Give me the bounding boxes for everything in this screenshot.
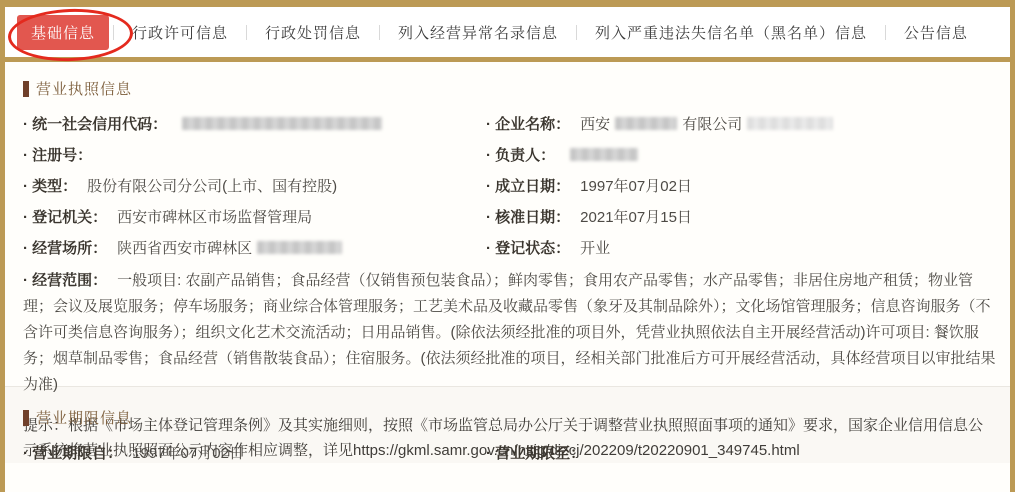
tab-separator [576, 25, 577, 40]
field-value: 1997年07月02日 [132, 442, 244, 463]
field-establishment-date: · 成立日期： 1997年07月02日 [486, 175, 996, 196]
field-value-redacted [565, 148, 643, 161]
section-title: 营业期限信息 [36, 407, 132, 428]
page-frame: 基础信息 行政许可信息 行政处罚信息 列入经营异常名录信息 列入严重违法失信名单… [0, 0, 1015, 492]
field-value: 2021年07月15日 [580, 206, 692, 227]
field-label: · 负责人： [486, 144, 555, 165]
field-row: · 经营场所： 陕西省西安市碑林区 · 登记状态： 开业 [23, 237, 996, 258]
field-person-in-charge: · 负责人： [486, 144, 996, 165]
tab-basic-info[interactable]: 基础信息 [17, 15, 109, 50]
field-registration-authority: · 登记机关： 西安市碑林区市场监督管理局 [23, 206, 486, 227]
field-registration-number: · 注册号： [23, 144, 486, 165]
tab-admin-penalty-info[interactable]: 行政处罚信息 [251, 15, 375, 50]
field-enterprise-name: · 企业名称： 西安有限公司 [486, 113, 996, 134]
redacted-blur-block [747, 117, 833, 130]
field-label: · 经营场所： [23, 237, 107, 258]
field-registration-status: · 登记状态： 开业 [486, 237, 996, 258]
field-approval-date: · 核准日期： 2021年07月15日 [486, 206, 996, 227]
field-label: · 营业期限至： [486, 442, 585, 463]
field-label: · 企业名称： [486, 113, 570, 134]
section-marker-bar [23, 81, 29, 97]
redacted-blur-block [257, 241, 342, 254]
field-value: 开业 [580, 237, 610, 258]
field-label: · 登记机关： [23, 206, 107, 227]
tab-bar: 基础信息 行政许可信息 行政处罚信息 列入经营异常名录信息 列入严重违法失信名单… [5, 7, 1010, 62]
field-label: · 注册号： [23, 144, 92, 165]
field-value: 股份有限公司分公司(上市、国有控股) [87, 175, 337, 196]
tab-announcement-info[interactable]: 公告信息 [890, 15, 982, 50]
business-license-section: 营业执照信息 · 统一社会信用代码： · 企业名称： 西安有限公司 · 注册号：… [5, 62, 1010, 387]
field-value: 西安市碑林区市场监督管理局 [117, 206, 312, 227]
field-business-scope: · 经营范围：一般项目: 农副产品销售；食品经营（仅销售预包装食品）；鲜肉零售；… [23, 268, 996, 398]
tab-separator [379, 25, 380, 40]
tab-serious-violation-blacklist-info[interactable]: 列入严重违法失信名单（黑名单）信息 [581, 15, 881, 50]
section-header-business-license: 营业执照信息 [23, 78, 996, 99]
field-value-partially-redacted: 西安有限公司 [580, 113, 838, 134]
field-label: · 成立日期： [486, 175, 570, 196]
field-row: · 营业期限自： 1997年07月02日 · 营业期限至： [23, 442, 996, 463]
field-label: · 统一社会信用代码： [23, 113, 167, 134]
field-row: · 类型： 股份有限公司分公司(上市、国有控股) · 成立日期： 1997年07… [23, 175, 996, 196]
field-label: · 经营范围： [23, 272, 107, 289]
field-value-redacted [177, 117, 387, 130]
field-row: · 注册号： · 负责人： [23, 144, 996, 165]
redacted-blur-block [570, 148, 638, 161]
field-row: · 登记机关： 西安市碑林区市场监督管理局 · 核准日期： 2021年07月15… [23, 206, 996, 227]
tab-admin-license-info[interactable]: 行政许可信息 [118, 15, 242, 50]
tab-abnormal-operation-list-info[interactable]: 列入经营异常名录信息 [384, 15, 572, 50]
tab-separator [246, 25, 247, 40]
field-label: · 登记状态： [486, 237, 570, 258]
section-marker-bar [23, 410, 29, 426]
field-value: 1997年07月02日 [580, 175, 692, 196]
redacted-blur-block [615, 117, 677, 130]
section-title: 营业执照信息 [36, 78, 132, 99]
field-label: · 营业期限自： [23, 442, 122, 463]
field-term-to: · 营业期限至： [486, 442, 996, 463]
field-unified-social-credit-code: · 统一社会信用代码： [23, 113, 486, 134]
field-label: · 类型： [23, 175, 77, 196]
field-value-partially-redacted: 陕西省西安市碑林区 [117, 237, 347, 258]
field-term-from: · 营业期限自： 1997年07月02日 [23, 442, 486, 463]
tab-separator [113, 25, 114, 40]
business-scope-text: 一般项目: 农副产品销售；食品经营（仅销售预包装食品）；鲜肉零售；食用农产品零售… [23, 272, 996, 393]
field-label: · 核准日期： [486, 206, 570, 227]
field-row: · 统一社会信用代码： · 企业名称： 西安有限公司 [23, 113, 996, 134]
field-business-premises: · 经营场所： 陕西省西安市碑林区 [23, 237, 486, 258]
field-company-type: · 类型： 股份有限公司分公司(上市、国有控股) [23, 175, 486, 196]
tab-separator [885, 25, 886, 40]
redacted-blur-block [182, 117, 382, 130]
